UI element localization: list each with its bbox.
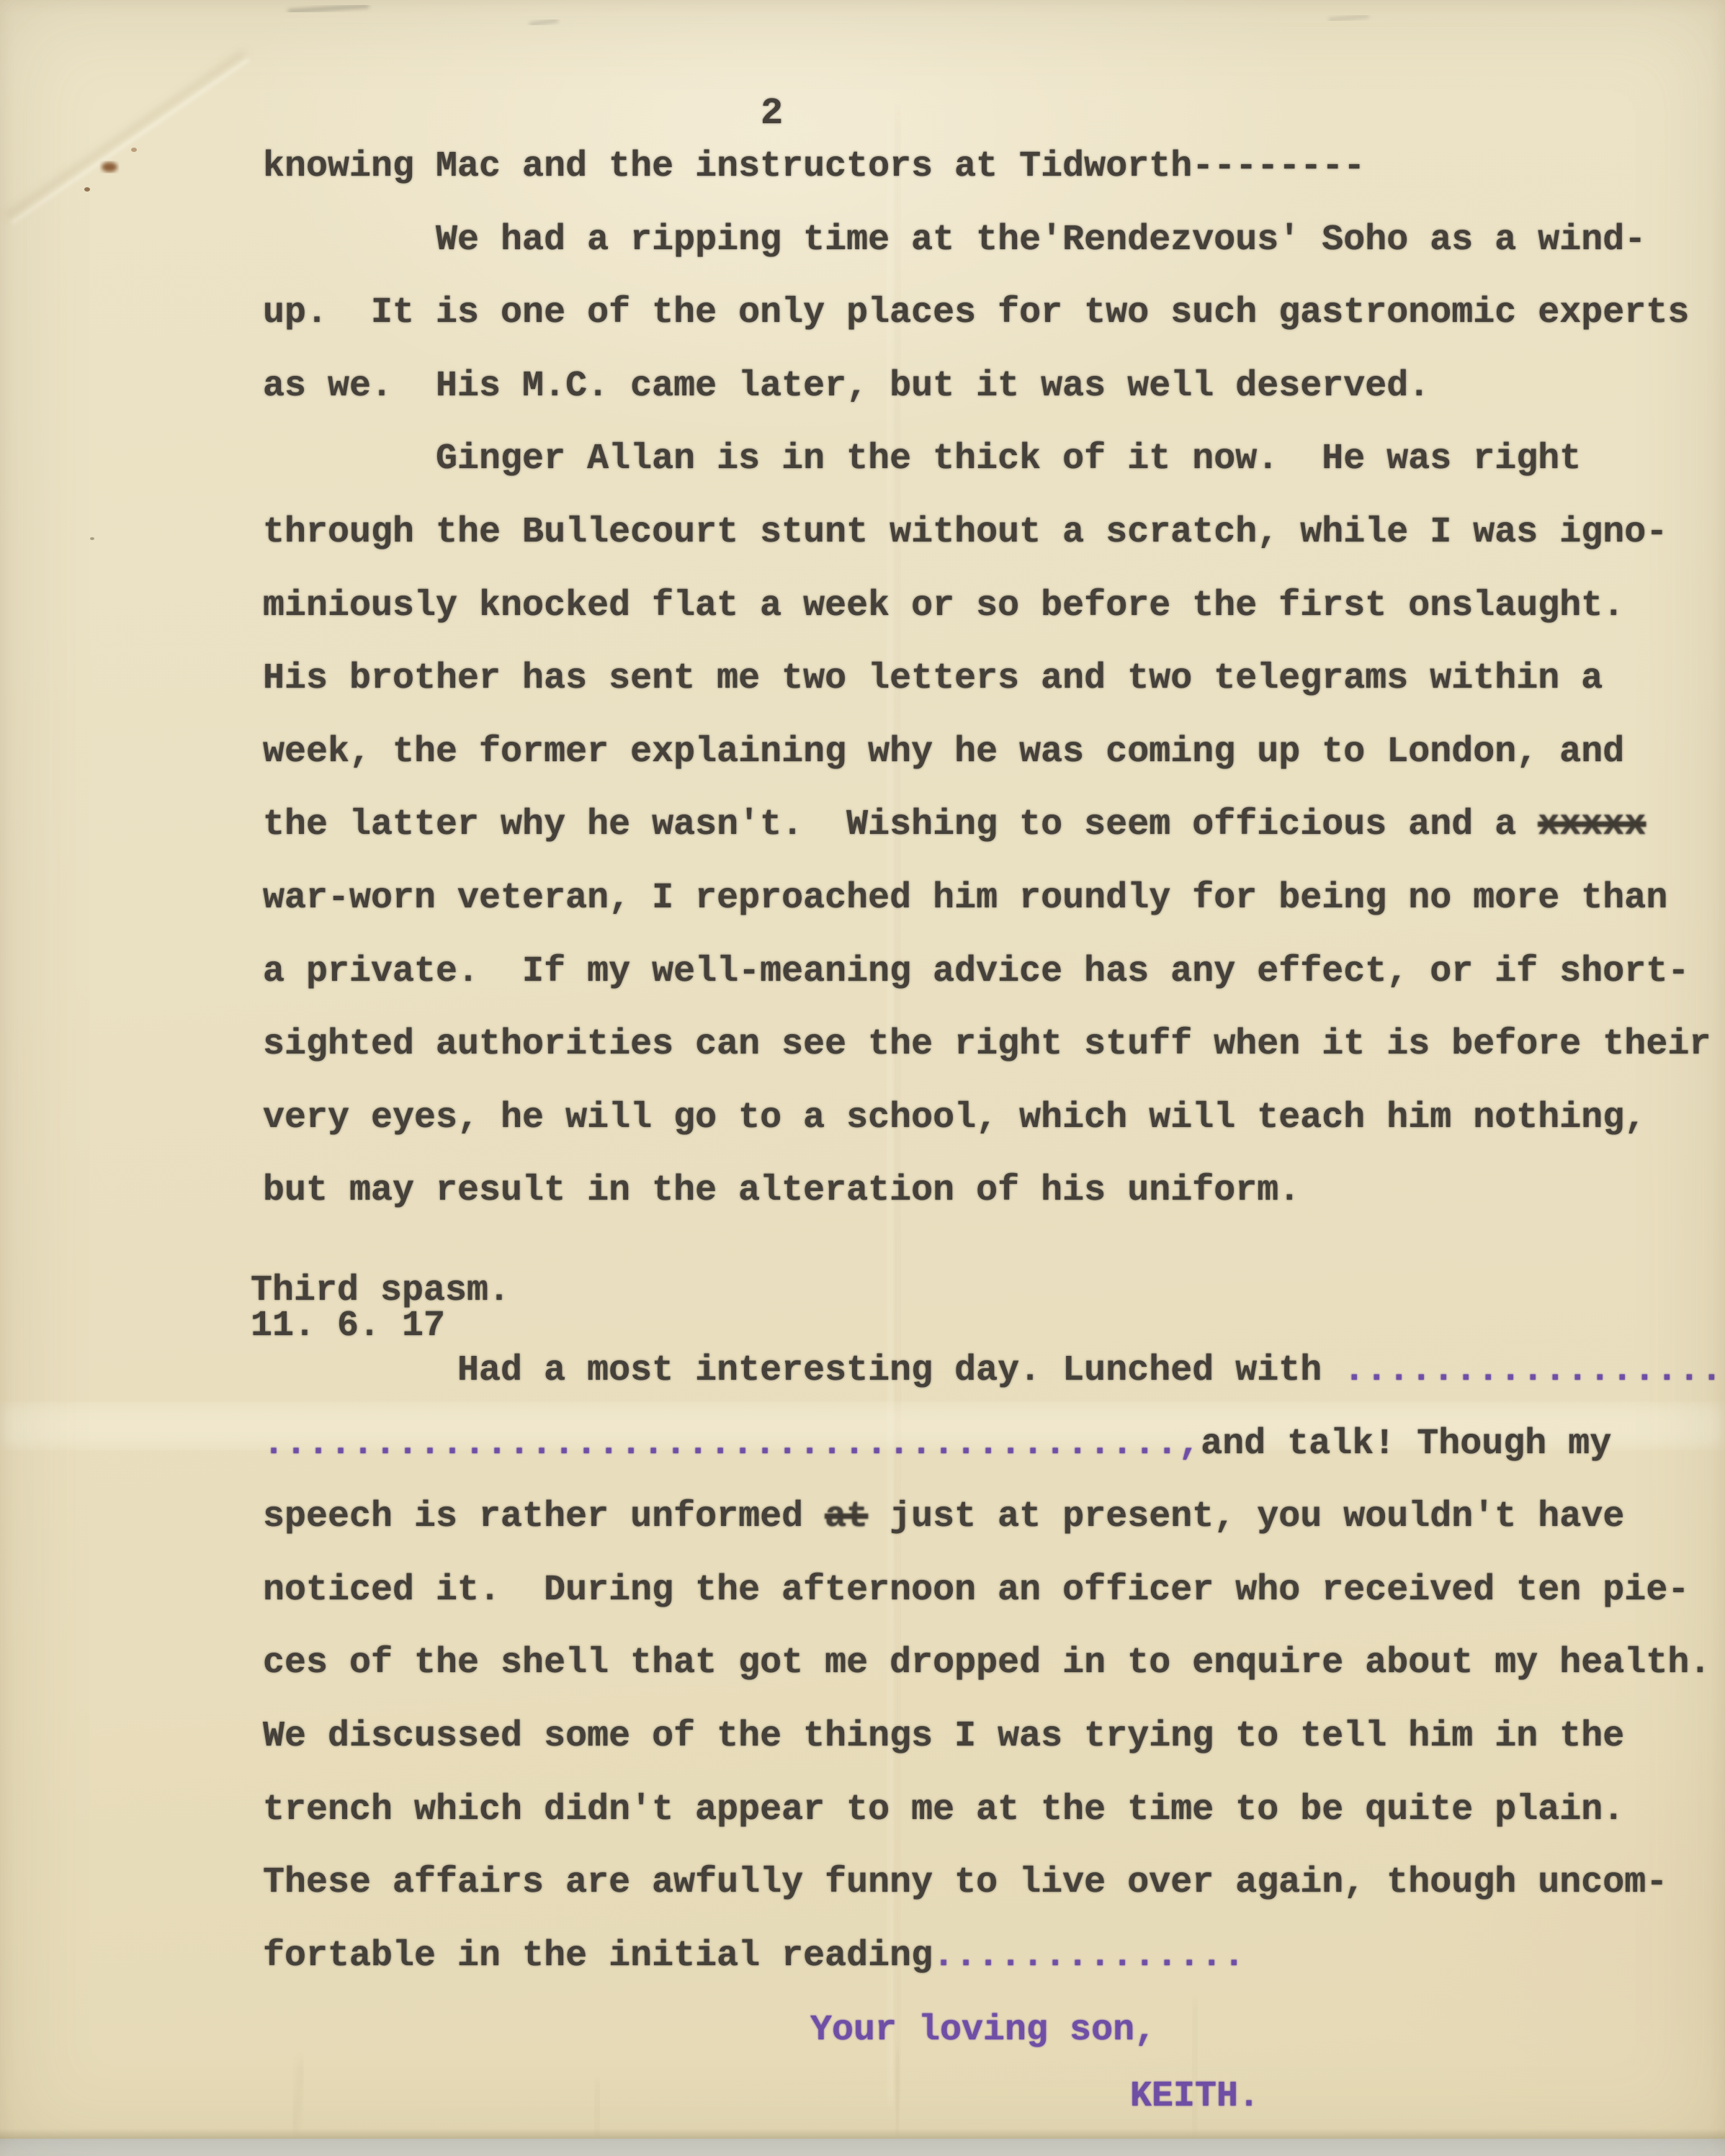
text-line: up. It is one of the only places for two… [263, 277, 1711, 350]
text-line: His brother has sent me two letters and … [263, 642, 1711, 716]
paragraph-block-1: knowing Mac and the instructors at Tidwo… [263, 130, 1711, 1228]
text-line: through the Bullecourt stunt without a s… [263, 496, 1711, 570]
page-number: 2 [761, 92, 783, 135]
line-text: fortable in the initial reading [263, 1936, 933, 1977]
text-line: as we. His M.C. came later, but it was w… [263, 350, 1711, 423]
text-line: trench which didn't appear to me at the … [263, 1774, 1723, 1847]
censored-dots: ........................................… [263, 1424, 1201, 1465]
bottom-crease [595, 2083, 599, 2134]
text-line: the latter why he wasn't. Wishing to see… [263, 789, 1711, 862]
paragraph-block-2: Had a most interesting day. Lunched with… [263, 1334, 1723, 1993]
scan-background-strip [0, 2139, 1725, 2156]
signature-closing: Your loving son, [810, 2011, 1156, 2051]
line-text: just at present, you wouldn't have [868, 1496, 1624, 1537]
text-line: Ginger Allan is in the thick of it now. … [263, 423, 1711, 496]
ink-stain [102, 162, 117, 172]
ink-speck [131, 148, 137, 152]
ink-speck [84, 187, 90, 192]
paper-speck [90, 537, 94, 540]
censored-dots: ................. [1343, 1350, 1723, 1391]
paper-bottom-edge [0, 2129, 1725, 2139]
text-line: We had a ripping time at the'Rendezvous'… [263, 204, 1711, 277]
text-line: week, the former explaining why he was c… [263, 716, 1711, 789]
text-line: These affairs are awfully funny to live … [263, 1846, 1723, 1920]
text-line: ........................................… [263, 1408, 1723, 1481]
censored-dots: .............. [933, 1936, 1245, 1977]
section-heading-block: Third spasm. 11. 6. 17 [251, 1273, 510, 1344]
section-heading: Third spasm. [251, 1273, 510, 1308]
text-line: but may result in the alteration of his … [263, 1154, 1711, 1228]
text-line: ces of the shell that got me dropped in … [263, 1627, 1723, 1700]
text-line: very eyes, he will go to a school, which… [263, 1082, 1711, 1155]
line-text: speech is rather unformed [263, 1496, 825, 1537]
text-line: We discussed some of the things I was tr… [263, 1700, 1723, 1774]
text-line: sighted authorities can see the right st… [263, 1008, 1711, 1082]
text-line: knowing Mac and the instructors at Tidwo… [263, 130, 1711, 204]
letter-page: 2 knowing Mac and the instructors at Tid… [0, 0, 1725, 2156]
fold-crease-highlight [12, 59, 249, 223]
text-line: war-worn veteran, I reproached him round… [263, 862, 1711, 935]
text-line: speech is rather unformed at just at pre… [263, 1481, 1723, 1554]
text-line: noticed it. During the afternoon an offi… [263, 1554, 1723, 1627]
text-line: fortable in the initial reading.........… [263, 1920, 1723, 1993]
text-line: Had a most interesting day. Lunched with… [263, 1334, 1723, 1408]
text-line: miniously knocked flat a week or so befo… [263, 570, 1711, 643]
text-line: a private. If my well-meaning advice has… [263, 935, 1711, 1009]
line-text: the latter why he wasn't. Wishing to see… [263, 804, 1538, 845]
line-text: Had a most interesting day. Lunched with [263, 1350, 1343, 1391]
edge-mark [529, 20, 558, 24]
bottom-crease [294, 2060, 303, 2133]
edge-mark [288, 6, 369, 12]
signature-name: KEITH. [1130, 2077, 1260, 2117]
edge-mark [1329, 16, 1368, 20]
line-text: and talk! Though my [1201, 1424, 1611, 1465]
struck-out-word: at [825, 1496, 868, 1537]
fold-crease-shadow [7, 52, 245, 216]
struck-out-word: xxxxx [1538, 804, 1646, 845]
bottom-crease [896, 2049, 899, 2133]
